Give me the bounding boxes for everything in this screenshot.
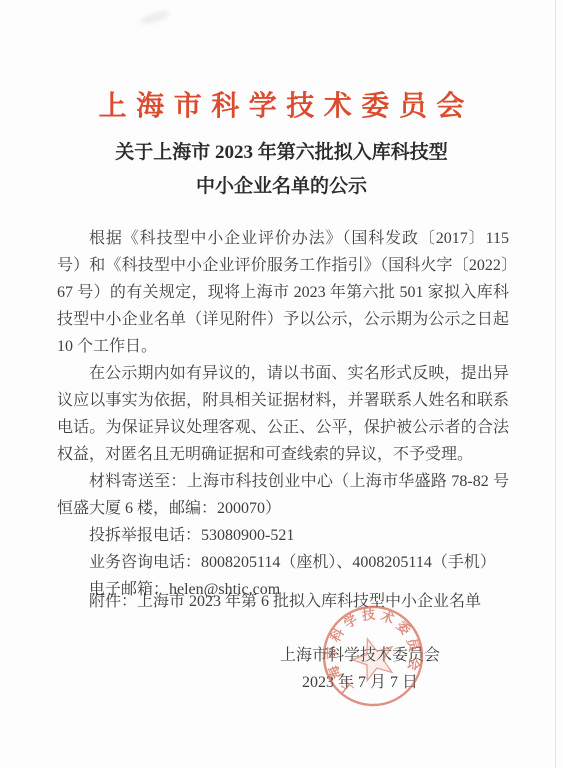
body-paragraph: 材料寄送至：上海市科技创业中心（上海市华盛路 78-82 号恒盛大厦 6 楼，邮… bbox=[57, 468, 509, 522]
org-header-title: 上海市科学技术委员会 bbox=[0, 84, 563, 124]
notice-body: 根据《科技型中小企业评价办法》（国科发政〔2017〕115 号）和《科技型中小企… bbox=[57, 225, 509, 603]
signature-date: 2023 年 7 月 7 日 bbox=[280, 669, 440, 696]
body-paragraph: 在公示期内如有异议的，请以书面、实名形式反映，提出异议应以事实为依据，附具相关证… bbox=[57, 360, 509, 468]
scan-smudge-mark bbox=[139, 9, 170, 27]
signature-block: 上海市科学技术委员会 2023 年 7 月 7 日 bbox=[280, 642, 440, 696]
attachment-line: 附件：上海市 2023 年第 6 批拟入库科技型中小企业名单 bbox=[57, 588, 509, 615]
attachment-section: 附件：上海市 2023 年第 6 批拟入库科技型中小企业名单 bbox=[57, 588, 509, 615]
doc-title: 关于上海市 2023 年第六批拟入库科技型 中小企业名单的公示 bbox=[0, 136, 563, 204]
scanned-notice-page: 上海市科学技术委员会 关于上海市 2023 年第六批拟入库科技型 中小企业名单的… bbox=[0, 0, 563, 768]
body-paragraph: 业务咨询电话：8008205114（座机）、4008205114（手机） bbox=[57, 549, 509, 576]
doc-title-line-2: 中小企业名单的公示 bbox=[0, 170, 563, 204]
signature-org: 上海市科学技术委员会 bbox=[280, 642, 440, 669]
body-paragraph: 投拆举报电话：53080900-521 bbox=[57, 522, 509, 549]
body-paragraph: 根据《科技型中小企业评价办法》（国科发政〔2017〕115 号）和《科技型中小企… bbox=[57, 225, 509, 360]
doc-title-line-1: 关于上海市 2023 年第六批拟入库科技型 bbox=[0, 136, 563, 170]
